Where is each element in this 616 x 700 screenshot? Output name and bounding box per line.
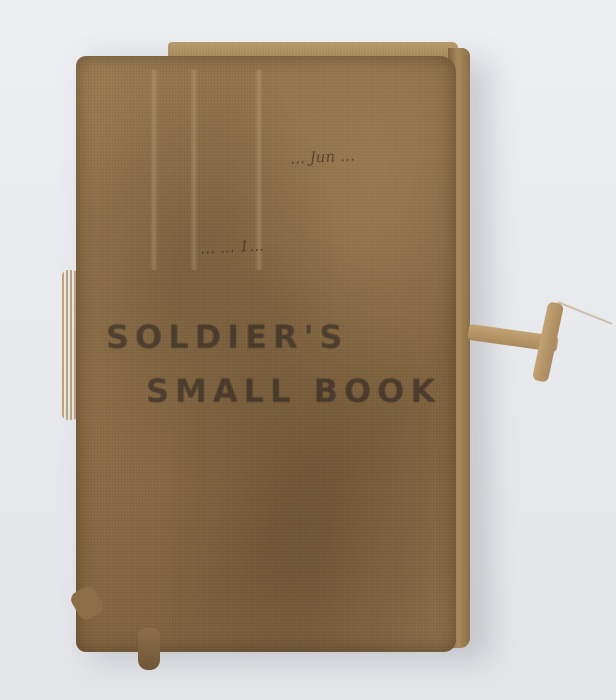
cover-title-line-1: Soldier's <box>106 318 446 356</box>
handwritten-inscription: … … 1… <box>200 236 265 257</box>
loose-thread <box>558 301 613 325</box>
cover-crease <box>190 70 198 270</box>
photo-scene: … Jun … … … 1… Soldier's Small Book <box>0 0 616 700</box>
handwritten-inscription: … Jun … <box>290 146 356 167</box>
cloth-tie-bottom <box>138 628 160 670</box>
cover-title-line-2: Small Book <box>146 372 486 410</box>
cover-crease <box>150 70 158 270</box>
